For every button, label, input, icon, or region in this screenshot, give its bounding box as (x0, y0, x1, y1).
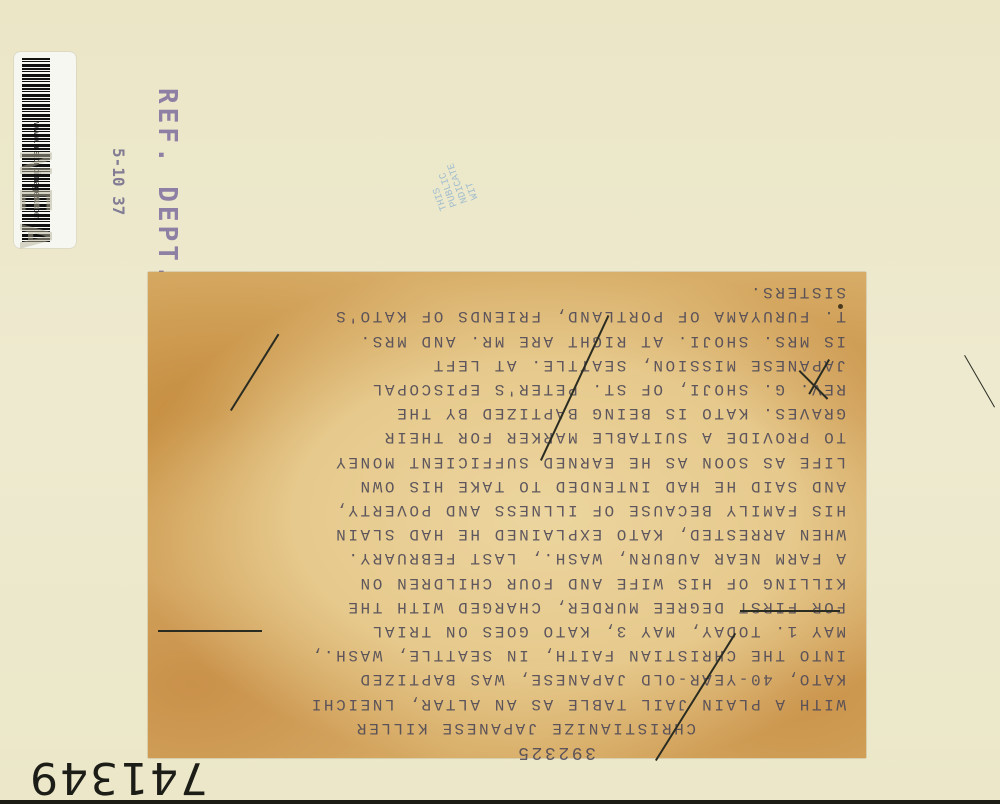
bottom-edge (0, 800, 1000, 804)
caption-line: HIS FAMILY BECAUSE OF ILLNESS AND POVERT… (166, 498, 846, 522)
caption-line: LIFE AS SOON AS HE EARNED SUFFICIENT MON… (166, 449, 846, 473)
caption-line: AND SAID HE HAD INTENDED TO TAKE HIS OWN (166, 474, 846, 498)
caption-line: A FARM NEAR AUBURN, WASH., LAST FEBRUARY… (166, 546, 846, 570)
caption-sheet: 392325 CHRISTIANIZE JAPANESE KILLER WITH… (148, 272, 866, 758)
caption-line: WHEN ARRESTED, KATO EXPLAINED HE HAD SLA… (166, 522, 846, 546)
ink-dot (838, 304, 843, 309)
caption-number: 392325 (166, 740, 846, 764)
caption-line: T. FURUYAMA OF PORTLAND, FRIENDS OF KATO… (166, 304, 846, 328)
caption-line: TO PROVIDE A SUITABLE MARKER FOR THEIR (166, 425, 846, 449)
ref-dept-stamp: REF. DEPT. (152, 88, 182, 285)
faint-stamp: NEA (9, 150, 60, 259)
date-stamp: 5-10 37 (109, 148, 128, 215)
pencil-crop-mark (740, 610, 840, 612)
caption-line: KATO, 40-YEAR-OLD JAPANESE, WAS BAPTIZED (166, 667, 846, 691)
caption-line: GRAVES. KATO IS BEING BAPTIZED BY THE (166, 401, 846, 425)
caption-line: REV. G. SHOJI, OF ST. PETER'S EPISCOPAL (166, 377, 846, 401)
caption-line: WITH A PLAIN JAIL TABLE AS AN ALTAR, LNE… (166, 691, 846, 715)
caption-line: MAY 1. TODAY, MAY 3, KATO GOES ON TRIAL (166, 619, 846, 643)
caption-title: CHRISTIANIZE JAPANESE KILLER (166, 716, 846, 740)
pencil-crop-mark (158, 630, 262, 632)
handwritten-inventory-number: 741349 (28, 752, 208, 803)
caption-line: INTO THE CHRISTIAN FAITH, IN SEATTLE, WA… (166, 643, 846, 667)
caption-line: KILLING OF HIS WIFE AND FOUR CHILDREN ON (166, 570, 846, 594)
caption-line: SISTERS. (166, 280, 846, 304)
caption-line: FOR FIRST DEGREE MURDER, CHARGED WITH TH… (166, 595, 846, 619)
caption-line: JAPANESE MISSION, SEATTLE. AT LEFT (166, 353, 846, 377)
